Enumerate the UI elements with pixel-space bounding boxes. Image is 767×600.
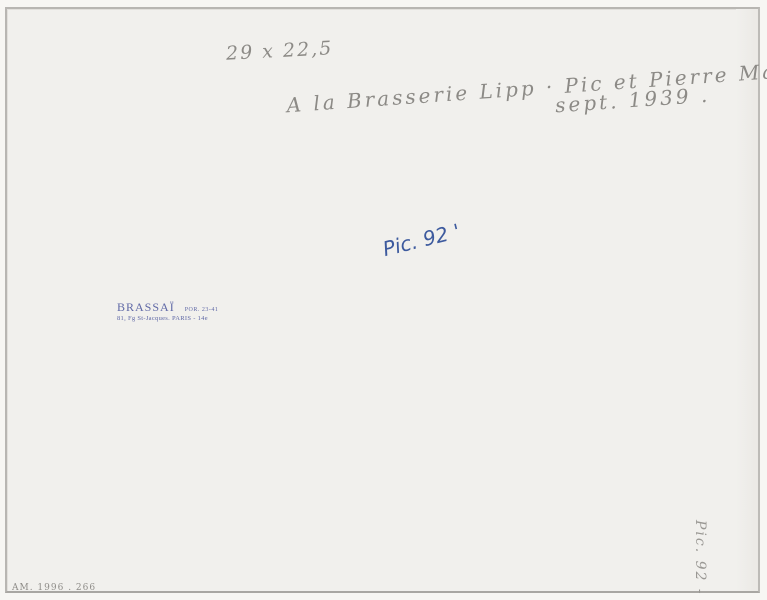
- stamp-phone: POR. 23-41: [185, 307, 219, 313]
- photographer-stamp: BRASSAÏ POR. 23-41 81, Fg St-Jacques. PA…: [117, 301, 218, 323]
- inventory-number: AM. 1996 . 266: [12, 583, 96, 593]
- stamp-address: 81, Fg St-Jacques. PARIS - 14e: [117, 316, 218, 323]
- side-reference-note: Pic. 92 -: [692, 520, 708, 596]
- stamp-name: BRASSAÏ: [117, 301, 175, 313]
- card-edge-shadow: [736, 9, 758, 591]
